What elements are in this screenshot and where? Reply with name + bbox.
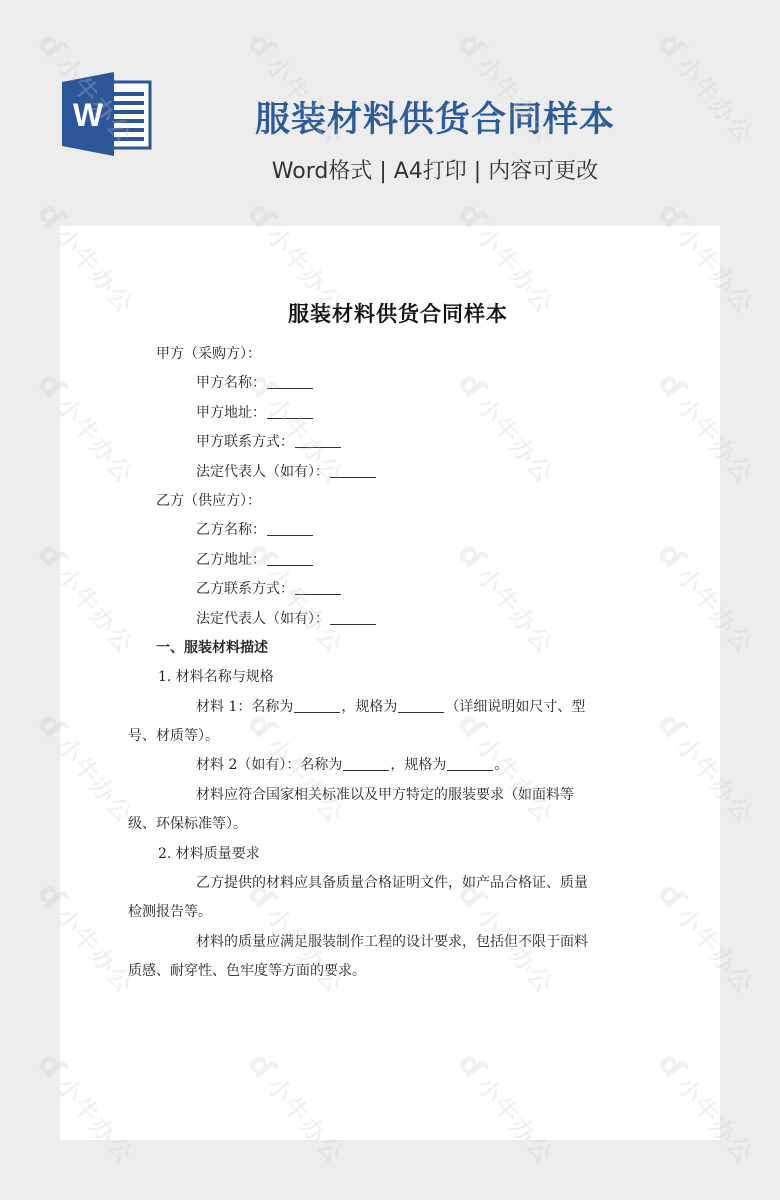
party-b-representative: 法定代表人（如有）： <box>156 605 622 634</box>
party-b-address: 乙方地址： <box>156 546 622 575</box>
blank-field <box>343 756 389 771</box>
blank-field <box>295 580 341 595</box>
document-page: 服装材料供货合同样本 甲方（采购方）： 甲方名称： 甲方地址： 甲方联系方式： … <box>60 226 720 1140</box>
blank-field <box>330 610 376 625</box>
standard-paragraph-cont: 级、环保标准等）。 <box>128 810 622 839</box>
party-b-name: 乙方名称： <box>156 516 622 545</box>
quality-paragraph-2: 材料的质量应满足服装制作工程的设计要求，包括但不限于面料 <box>156 928 622 957</box>
material-1-line-cont: 号、材质等）。 <box>128 722 622 751</box>
quality-paragraph-1: 乙方提供的材料应具备质量合格证明文件，如产品合格证、质量 <box>156 869 622 898</box>
header: W 服装材料供货合同样本 Word格式 | A4打印 | 内容可更改 <box>0 0 780 226</box>
blank-field <box>267 521 313 536</box>
blank-field <box>330 463 376 478</box>
subsection-1-heading: 1. 材料名称与规格 <box>156 663 622 692</box>
party-a-address: 甲方地址： <box>156 399 622 428</box>
blank-field <box>295 433 341 448</box>
material-1-line: 材料 1：名称为，规格为（详细说明如尺寸、型 <box>156 693 622 722</box>
standard-paragraph: 材料应符合国家相关标准以及甲方特定的服装要求（如面料等 <box>156 781 622 810</box>
subsection-2-heading: 2. 材料质量要求 <box>156 840 622 869</box>
svg-text:W: W <box>73 97 104 133</box>
blank-field <box>398 698 444 713</box>
party-b-contact: 乙方联系方式： <box>156 575 622 604</box>
document-body: 服装材料供货合同样本 甲方（采购方）： 甲方名称： 甲方地址： 甲方联系方式： … <box>156 298 622 987</box>
quality-paragraph-1-cont: 检测报告等。 <box>128 898 622 927</box>
section-1-heading: 一、服装材料描述 <box>156 634 622 663</box>
party-a-heading: 甲方（采购方）： <box>156 340 622 369</box>
word-document-icon: W <box>62 72 152 156</box>
blank-field <box>267 551 313 566</box>
party-a-name: 甲方名称： <box>156 369 622 398</box>
blank-field <box>267 374 313 389</box>
party-a-representative: 法定代表人（如有）： <box>156 458 622 487</box>
blank-field <box>447 756 493 771</box>
material-2-line: 材料 2（如有）：名称为，规格为。 <box>156 751 622 780</box>
quality-paragraph-2-cont: 质感、耐穿性、色牢度等方面的要求。 <box>128 957 622 986</box>
blank-field <box>267 404 313 419</box>
party-a-contact: 甲方联系方式： <box>156 428 622 457</box>
blank-field <box>294 698 340 713</box>
document-title: 服装材料供货合同样本 <box>174 298 622 328</box>
header-subtitle: Word格式 | A4打印 | 内容可更改 <box>230 154 640 185</box>
party-b-heading: 乙方（供应方）： <box>156 487 622 516</box>
header-title: 服装材料供货合同样本 <box>230 92 640 142</box>
